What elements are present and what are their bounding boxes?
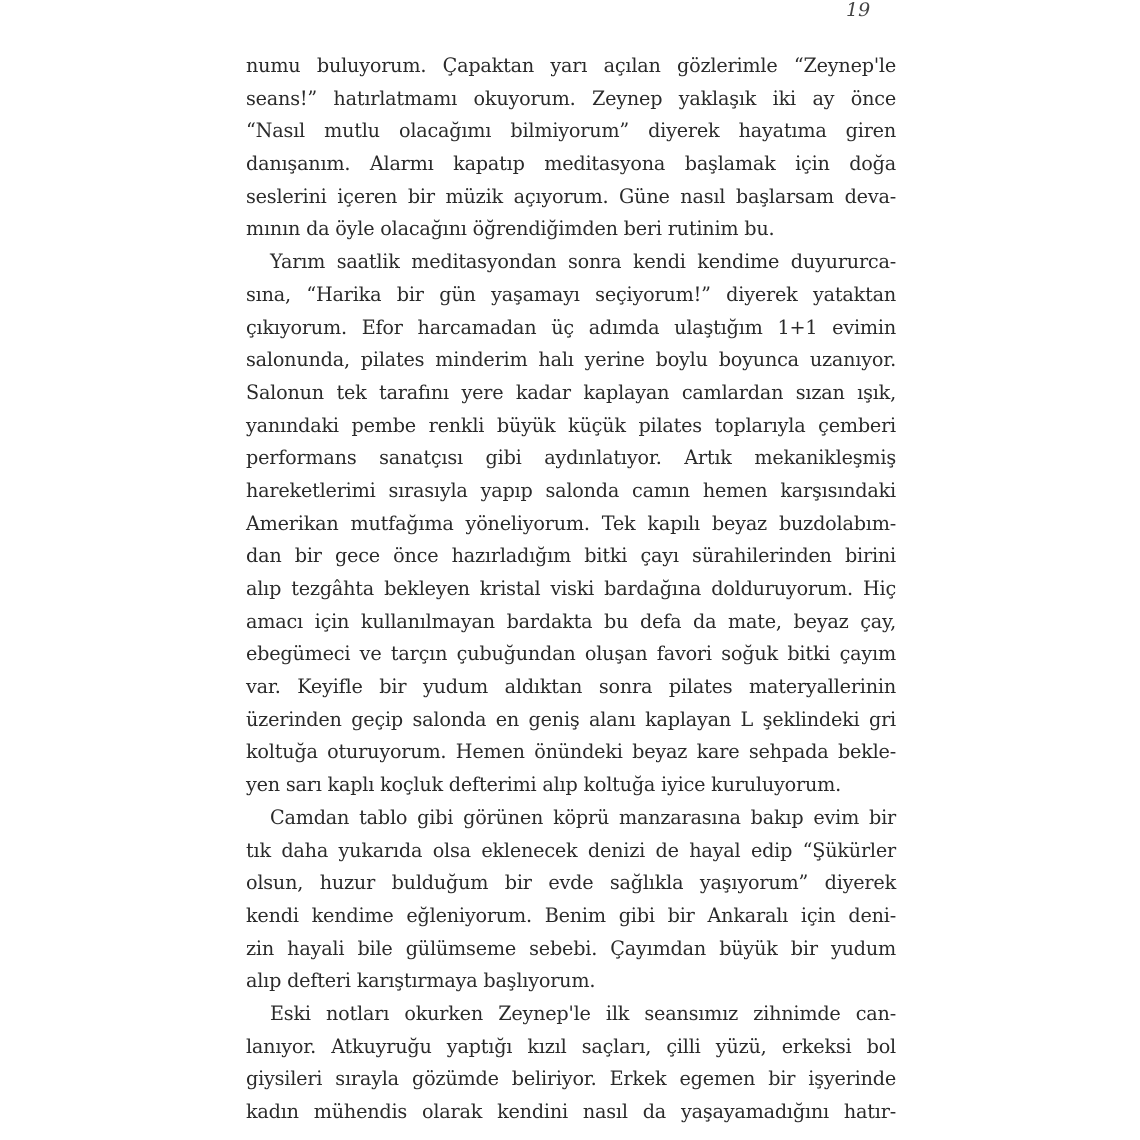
text-line: seslerini içeren bir müzik açıyorum. Gün… <box>246 181 896 214</box>
page-number: 19 <box>846 0 870 20</box>
text-line: salonunda, pilates minderim halı yerine … <box>246 344 896 377</box>
text-line: mının da öyle olacağını öğrendiğimden be… <box>246 213 896 246</box>
text-line: numu buluyorum. Çapaktan yarı açılan göz… <box>246 50 896 83</box>
text-line: ebegümeci ve tarçın çubuğundan oluşan fa… <box>246 638 896 671</box>
text-line: koltuğa oturuyorum. Hemen önündeki beyaz… <box>246 736 896 769</box>
text-line: lanıyor. Atkuyruğu yaptığı kızıl saçları… <box>246 1031 896 1064</box>
text-line: alıp tezgâhta bekleyen kristal viski bar… <box>246 573 896 606</box>
text-line: kadın mühendis olarak kendini nasıl da y… <box>246 1096 896 1129</box>
text-line: giysileri sırayla gözümde beliriyor. Erk… <box>246 1063 896 1096</box>
text-line: yanındaki pembe renkli büyük küçük pilat… <box>246 410 896 443</box>
text-line: olsun, huzur bulduğum bir evde sağlıkla … <box>246 867 896 900</box>
text-line: kendi kendime eğleniyorum. Benim gibi bi… <box>246 900 896 933</box>
text-line: zin hayali bile gülümseme sebebi. Çayımd… <box>246 933 896 966</box>
text-line: yen sarı kaplı koçluk defterimi alıp kol… <box>246 769 896 802</box>
text-line: danışanım. Alarmı kapatıp meditasyona ba… <box>246 148 896 181</box>
text-line: “Nasıl mutlu olacağımı bilmiyorum” diyer… <box>246 115 896 148</box>
text-line: seans!” hatırlatmamı okuyorum. Zeynep ya… <box>246 83 896 116</box>
text-line: Eski notları okurken Zeynep'le ilk seans… <box>246 998 896 1031</box>
text-line: hareketlerimi sırasıyla yapıp salonda ca… <box>246 475 896 508</box>
text-line: Amerikan mutfağıma yöneliyorum. Tek kapı… <box>246 508 896 541</box>
text-line: Salonun tek tarafını yere kadar kaplayan… <box>246 377 896 410</box>
body-text: numu buluyorum. Çapaktan yarı açılan göz… <box>246 50 896 1129</box>
text-line: sına, “Harika bir gün yaşamayı seçiyorum… <box>246 279 896 312</box>
text-line: Yarım saatlik meditasyondan sonra kendi … <box>246 246 896 279</box>
text-line: Camdan tablo gibi görünen köprü manzaras… <box>246 802 896 835</box>
text-line: dan bir gece önce hazırladığım bitki çay… <box>246 540 896 573</box>
text-line: performans sanatçısı gibi aydınlatıyor. … <box>246 442 896 475</box>
text-line: çıkıyorum. Efor harcamadan üç adımda ula… <box>246 312 896 345</box>
text-line: alıp defteri karıştırmaya başlıyorum. <box>246 965 896 998</box>
text-line: var. Keyifle bir yudum aldıktan sonra pi… <box>246 671 896 704</box>
text-line: amacı için kullanılmayan bardakta bu def… <box>246 606 896 639</box>
text-line: tık daha yukarıda olsa eklenecek denizi … <box>246 835 896 868</box>
text-line: üzerinden geçip salonda en geniş alanı k… <box>246 704 896 737</box>
